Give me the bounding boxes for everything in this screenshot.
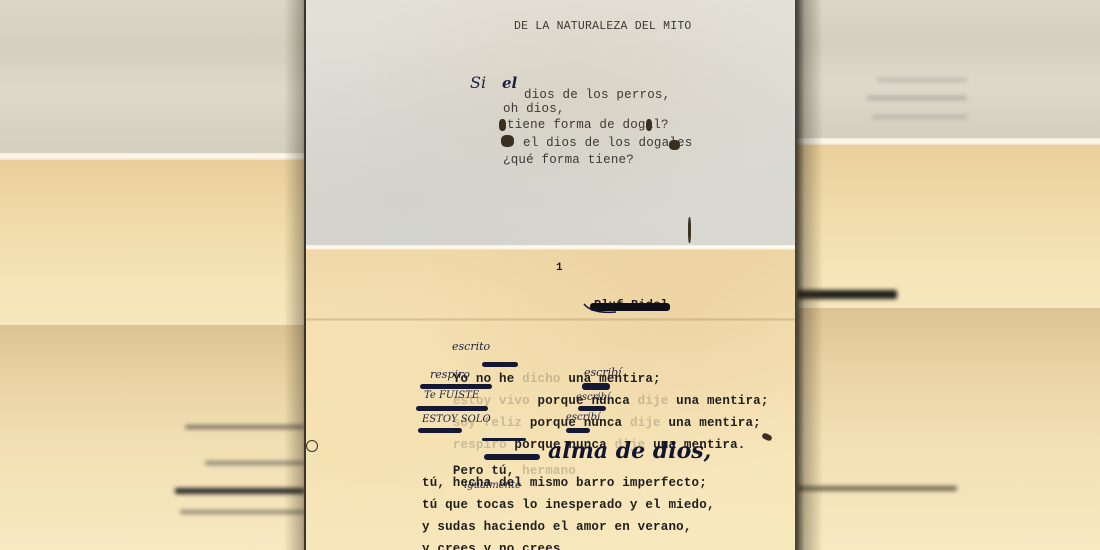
ink-mark bbox=[669, 140, 680, 150]
body-line-8: y sudas haciendo el amor en verano, bbox=[422, 520, 692, 534]
stanza-line-2: oh dios, bbox=[503, 102, 565, 116]
stanza-line-1: dios de los perros, bbox=[524, 88, 670, 102]
paper-crease bbox=[304, 318, 797, 321]
signature-swoosh bbox=[582, 300, 622, 316]
ink-mark bbox=[646, 119, 652, 131]
body-line-9: y crees y no crees bbox=[422, 542, 561, 550]
stanza-line-3: tiene forma de dogal? bbox=[507, 118, 669, 132]
stanza-line-4: el dios de los dogales bbox=[523, 136, 692, 150]
blurred-background-left bbox=[0, 0, 310, 550]
page-number: 1 bbox=[556, 262, 563, 274]
body-line-7: tú que tocas lo inesperado y el miedo, bbox=[422, 498, 715, 512]
ink-mark bbox=[499, 119, 506, 131]
handwritten-correction: escribí bbox=[584, 366, 622, 379]
handwritten-el: el bbox=[502, 74, 517, 92]
ink-mark bbox=[501, 135, 514, 147]
handwritten-alma-de-dios: alma de dios, bbox=[548, 438, 711, 464]
handwritten-si: Si bbox=[470, 73, 486, 92]
handwritten-correction: escribí bbox=[566, 412, 600, 423]
blurred-background-right bbox=[797, 0, 1100, 550]
ink-mark bbox=[688, 217, 691, 243]
stanza-line-5: ¿qué forma tiene? bbox=[503, 153, 634, 167]
punch-hole bbox=[306, 440, 318, 452]
poem-title: DE LA NATURALEZA DEL MITO bbox=[514, 20, 692, 33]
handwritten-correction: Te FUISTE bbox=[424, 390, 479, 401]
manuscript-page: DE LA NATURALEZA DEL MITO Si el dios de … bbox=[304, 0, 797, 550]
handwritten-correction: escrito bbox=[452, 340, 490, 353]
handwritten-correction: igualmente bbox=[464, 480, 521, 491]
